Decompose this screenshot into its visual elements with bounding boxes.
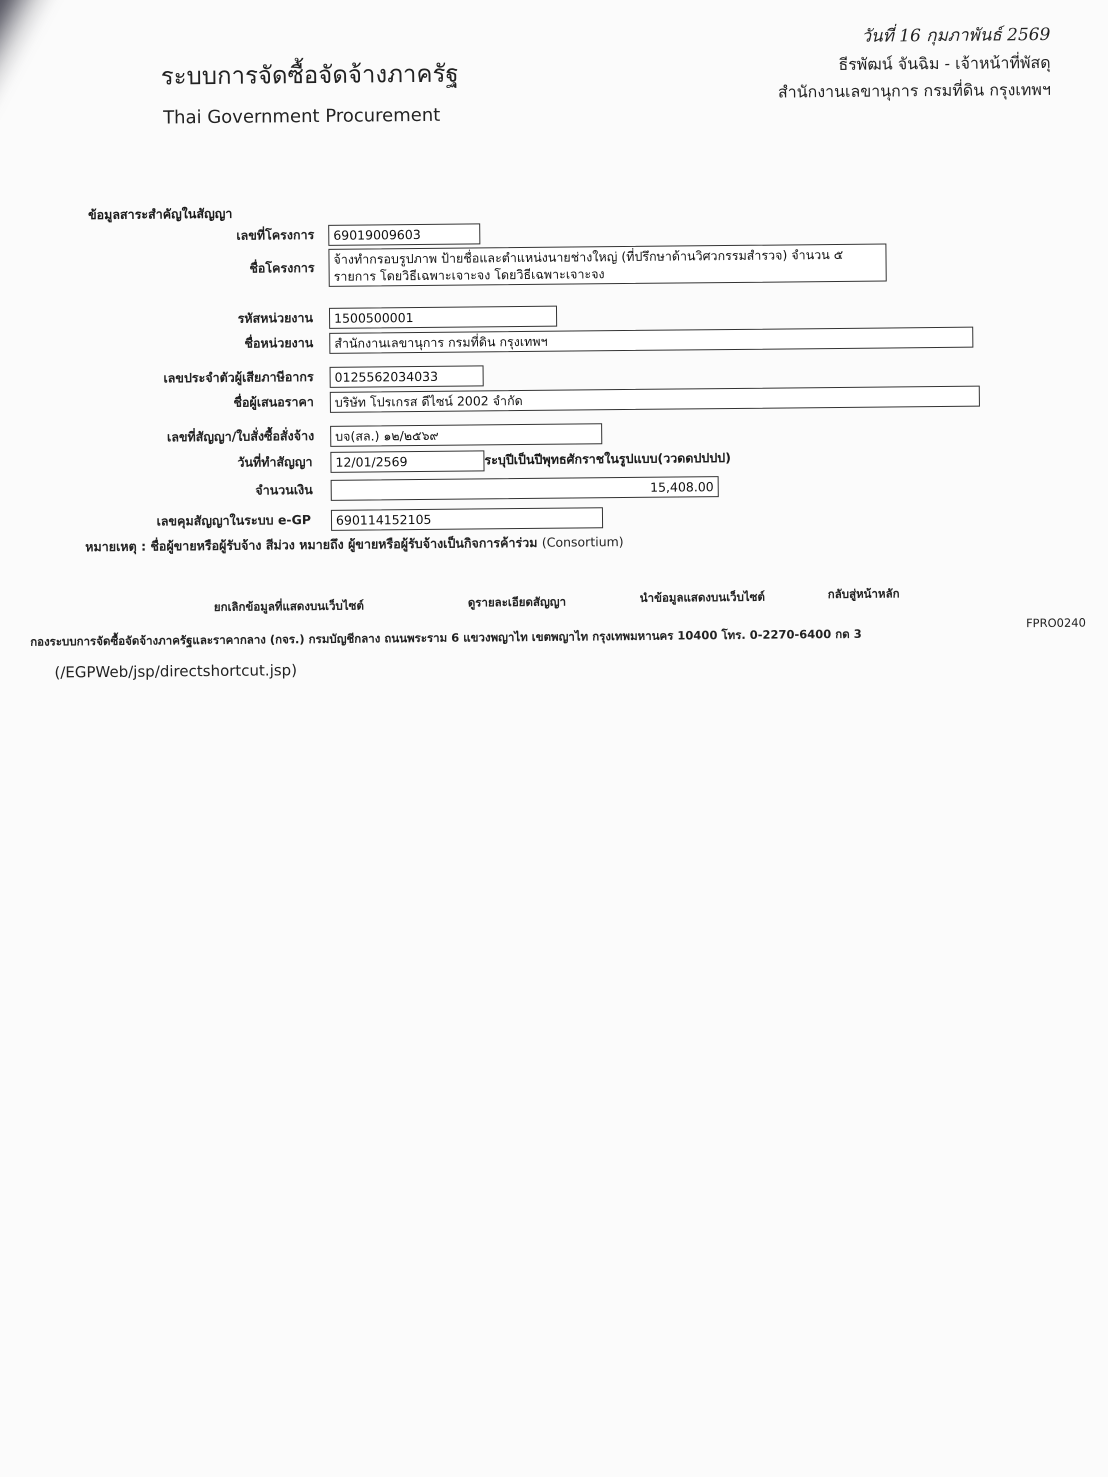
- field-label: เลขที่สัญญา/ใบสั่งซื้อสั่งจ้าง: [4, 426, 330, 449]
- system-title-english: Thai Government Procurement: [163, 105, 440, 129]
- field-amount: จำนวนเงิน 15,408.00: [5, 475, 719, 504]
- printed-page: ระบบการจัดซื้อจัดจ้างภาครัฐ Thai Governm…: [0, 0, 1108, 720]
- cancel-publish-link[interactable]: ยกเลิกข้อมูลที่แสดงบนเว็บไซต์: [214, 598, 364, 617]
- tax-id-input[interactable]: 0125562034033: [330, 365, 484, 387]
- publish-to-website-link[interactable]: นำข้อมูลแสดงบนเว็บไซต์: [640, 589, 765, 608]
- action-links: ยกเลิกข้อมูลที่แสดงบนเว็บไซต์ ดูรายละเอี…: [6, 583, 1108, 594]
- user-name-role: ธีรพัฒน์ จันฉิม - เจ้าหน้าที่พัสดุ: [777, 49, 1050, 79]
- field-label: เลขที่โครงการ: [2, 225, 328, 248]
- field-project-number: เลขที่โครงการ 69019009603: [2, 222, 480, 249]
- field-egp-control-number: เลขคุมสัญญาในระบบ e-GP 690114152105: [5, 506, 603, 534]
- field-label: เลขคุมสัญญาในระบบ e-GP: [5, 510, 331, 533]
- field-label: รหัสหน่วยงาน: [3, 308, 329, 331]
- section-title: ข้อมูลสาระสำคัญในสัญญา: [88, 204, 232, 225]
- field-label: จำนวนเงิน: [5, 480, 331, 503]
- agency-code-input[interactable]: 1500500001: [329, 305, 557, 328]
- field-label: เลขประจำตัวผู้เสียภาษีอากร: [4, 367, 330, 390]
- field-tax-id: เลขประจำตัวผู้เสียภาษีอากร 0125562034033: [4, 364, 484, 391]
- consortium-note: หมายเหตุ : ชื่อผู้ขายหรือผู้รับจ้าง สีม่…: [85, 532, 624, 557]
- amount-input[interactable]: 15,408.00: [331, 476, 719, 501]
- note-prefix: หมายเหตุ : ชื่อผู้ขายหรือผู้รับจ้าง: [85, 538, 261, 555]
- field-project-name: ชื่อโครงการ จ้างทำกรอบรูปภาพ ป้ายชื่อและ…: [2, 244, 886, 290]
- field-agency-code: รหัสหน่วยงาน 1500500001: [3, 305, 557, 332]
- back-to-home-link[interactable]: กลับสู่หน้าหลัก: [828, 585, 900, 604]
- current-date: วันที่ 16 กุมภาพันธ์ 2569: [777, 22, 1050, 52]
- note-highlight: สีม่วง: [266, 537, 295, 552]
- user-info-block: วันที่ 16 กุมภาพันธ์ 2569 ธีรพัฒน์ จันฉิ…: [777, 22, 1051, 106]
- footer-address: กองระบบการจัดซื้อจัดจ้างภาครัฐและราคากลา…: [30, 626, 862, 652]
- field-contract-date: วันที่ทำสัญญา 12/01/2569 ระบุปีเป็นปีพุท…: [4, 447, 731, 476]
- user-agency: สำนักงานเลขานุการ กรมที่ดิน กรุงเทพฯ: [778, 76, 1051, 106]
- agency-name-input[interactable]: สำนักงานเลขานุการ กรมที่ดิน กรุงเทพฯ: [329, 326, 973, 353]
- system-title-thai: ระบบการจัดซื้อจัดจ้างภาครัฐ: [161, 54, 459, 96]
- egp-control-number-input[interactable]: 690114152105: [331, 507, 603, 531]
- note-suffix: (Consortium): [542, 534, 624, 550]
- field-label: ชื่อผู้เสนอราคา: [4, 392, 330, 415]
- view-contract-details-link[interactable]: ดูรายละเอียดสัญญา: [468, 594, 566, 613]
- note-middle: หมายถึง ผู้ขายหรือผู้รับจ้างเป็นกิจการค้…: [299, 535, 537, 552]
- project-name-input[interactable]: จ้างทำกรอบรูปภาพ ป้ายชื่อและตำแหน่งนายช่…: [328, 244, 886, 287]
- page-code: FPRO0240: [1026, 616, 1086, 631]
- field-label: ชื่อโครงการ: [3, 258, 329, 281]
- field-label: วันที่ทำสัญญา: [4, 452, 330, 475]
- contract-date-input[interactable]: 12/01/2569: [330, 450, 484, 472]
- contract-number-input[interactable]: บจ(สล.) ๑๒/๒๕๖๙: [330, 423, 602, 447]
- project-number-input[interactable]: 69019009603: [328, 223, 480, 245]
- page-url: (/EGPWeb/jsp/directshortcut.jsp): [54, 661, 297, 681]
- field-contract-number: เลขที่สัญญา/ใบสั่งซื้อสั่งจ้าง บจ(สล.) ๑…: [4, 422, 602, 450]
- date-format-hint: ระบุปีเป็นปีพุทธศักราชในรูปแบบ(ววดดปปปป): [484, 448, 731, 470]
- bidder-name-input[interactable]: บริษัท โปรเกรส ดีไซน์ 2002 จำกัด: [330, 385, 980, 412]
- field-label: ชื่อหน่วยงาน: [3, 333, 329, 356]
